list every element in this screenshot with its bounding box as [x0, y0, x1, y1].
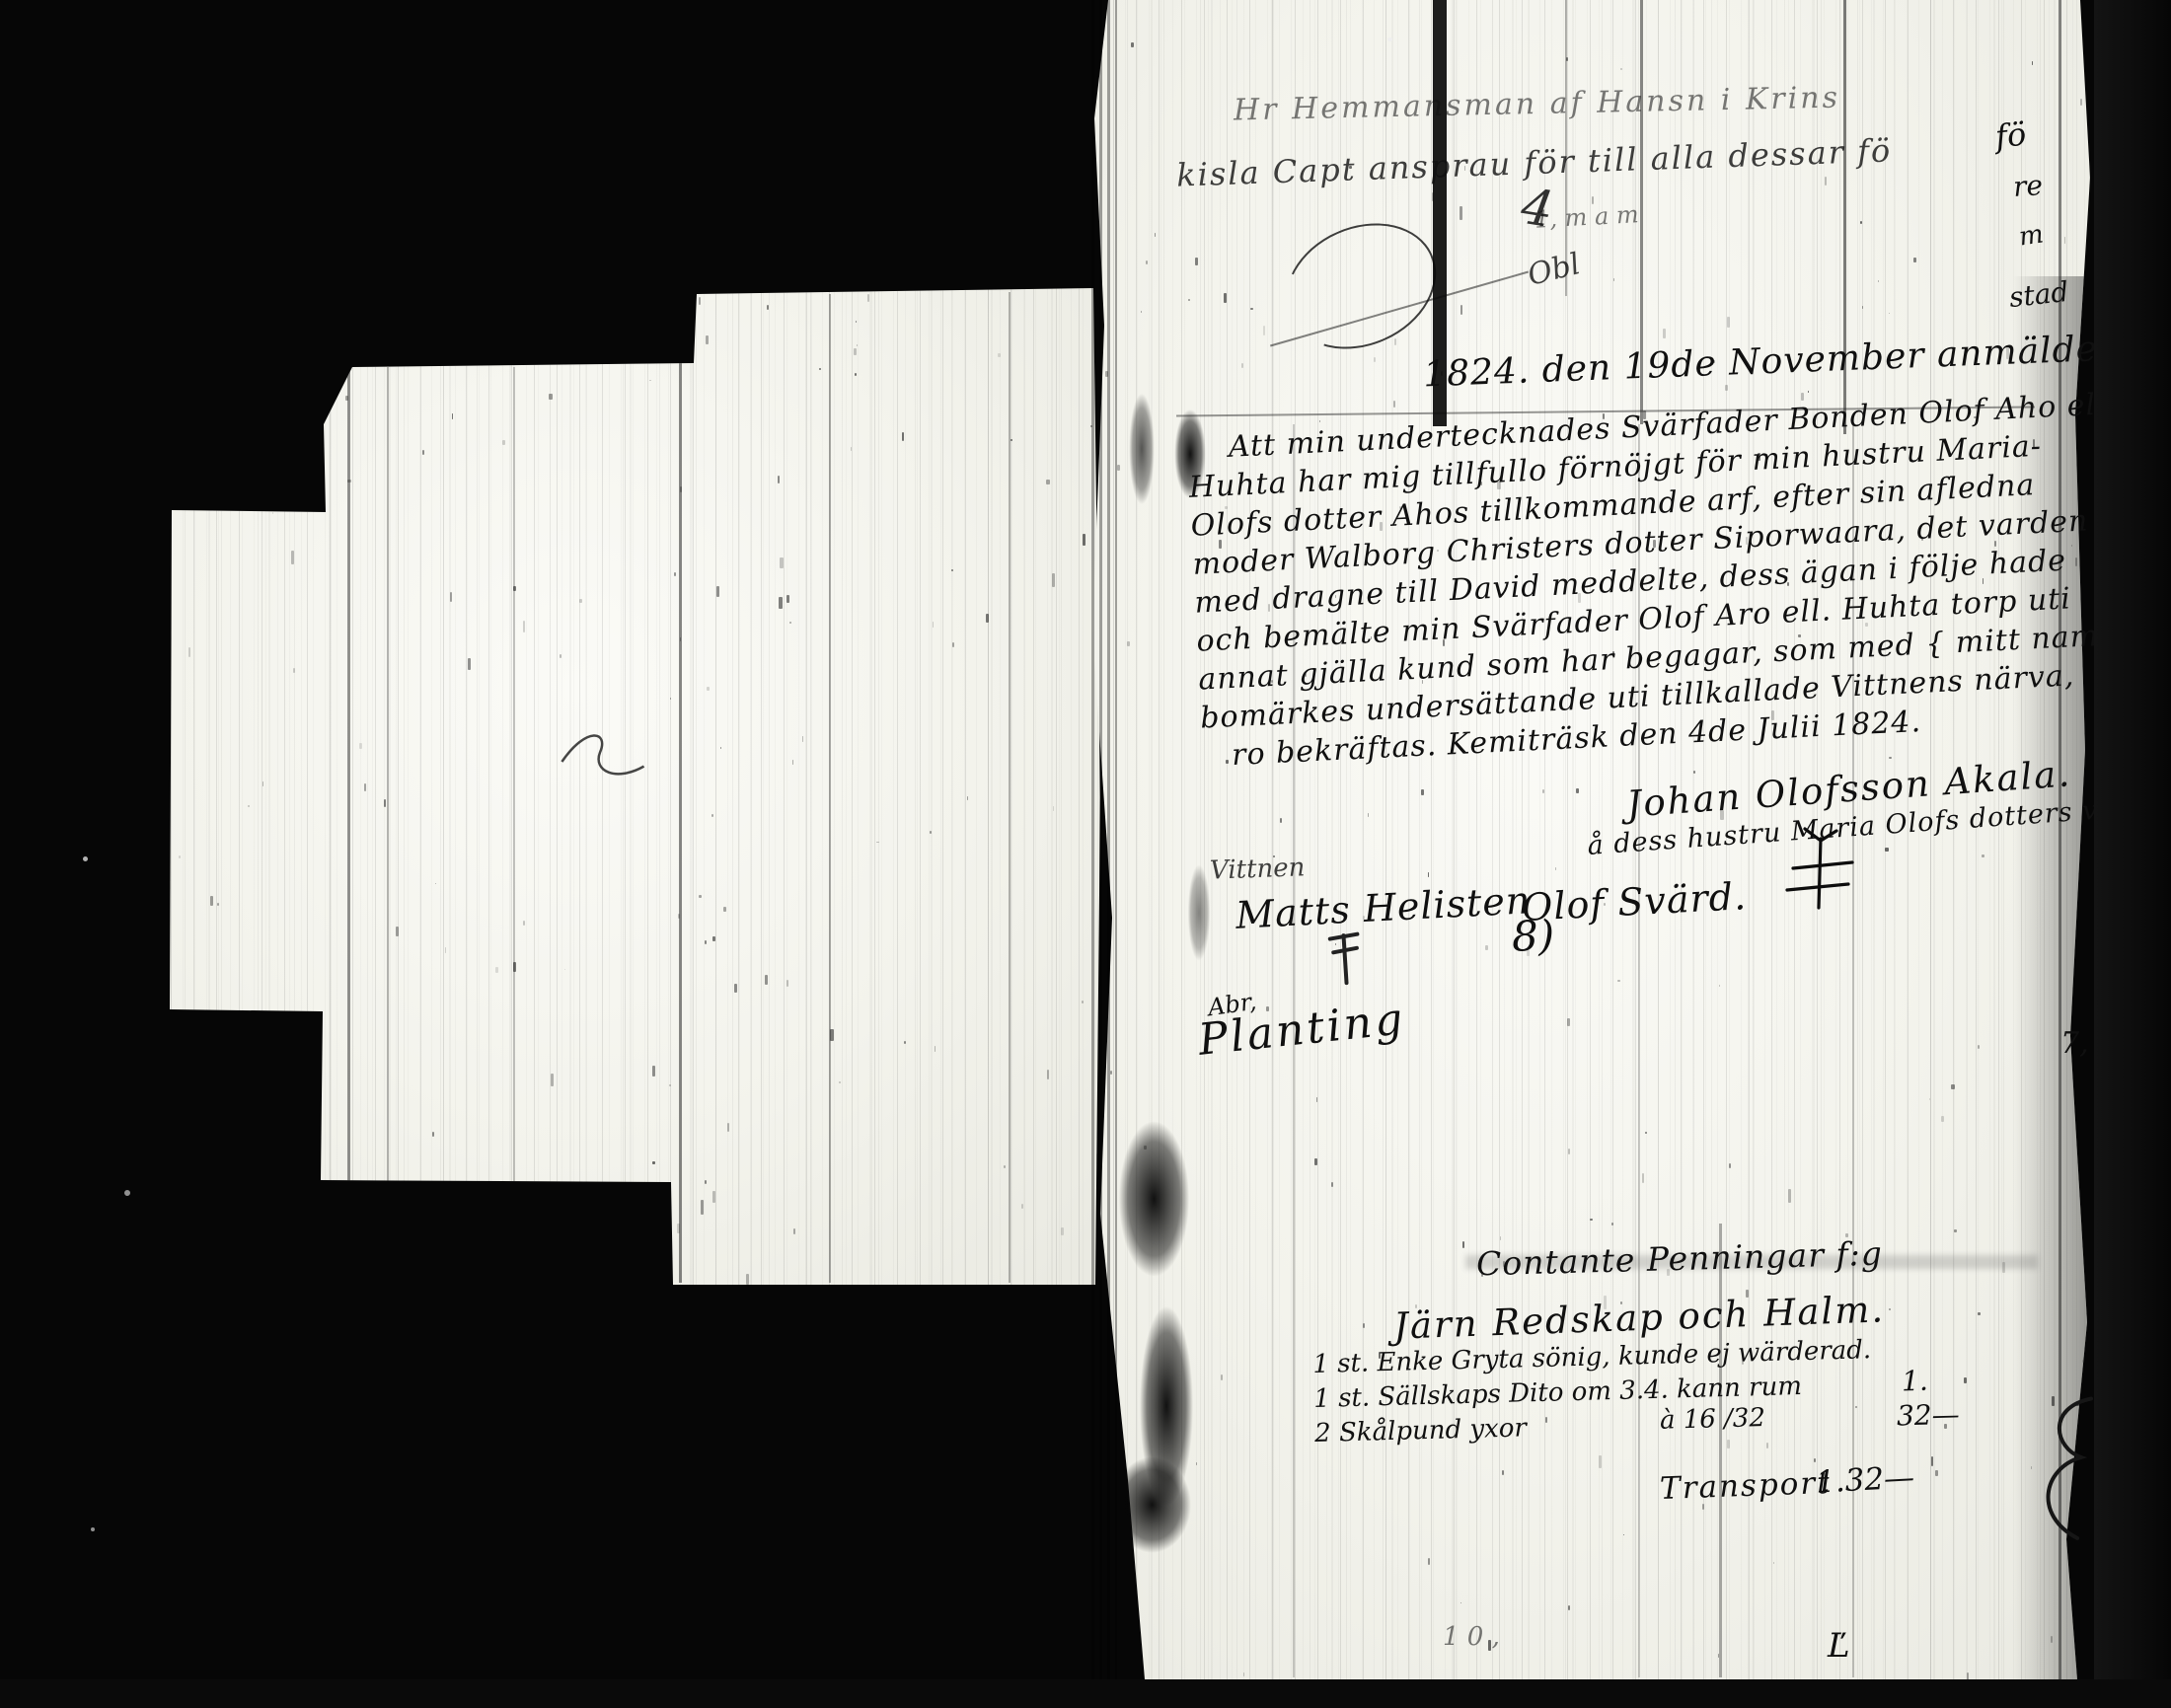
film-grain-speck: [1931, 1456, 1934, 1466]
film-grain-speck: [1620, 68, 1622, 70]
film-grain-speck: [2082, 1360, 2085, 1363]
film-grain-speck: [1788, 1189, 1791, 1203]
film-grain-speck: [1485, 945, 1488, 950]
film-grain-speck: [523, 621, 526, 632]
film-grain-speck: [173, 334, 174, 335]
film-grain-speck: [1082, 1001, 1084, 1003]
film-grain-speck: [1766, 1443, 1769, 1448]
film-grain-speck: [674, 572, 675, 576]
film-grain-speck: [468, 658, 471, 670]
film-grain-speck: [1243, 1672, 1244, 1676]
film-grain-speck: [680, 637, 681, 641]
film-grain-speck: [2090, 459, 2091, 463]
edge-fragment: stad: [2007, 275, 2069, 314]
film-grain-speck: [224, 1062, 226, 1064]
film-grain-speck: [248, 805, 249, 807]
film-grain-speck: [549, 394, 552, 400]
account-item-rate: à 16 /32: [1660, 1403, 1766, 1436]
film-grain-speck: [1566, 57, 1569, 60]
film-grain-speck: [1555, 867, 1556, 871]
film-grain-speck: [1935, 1470, 1937, 1475]
right-black-margin: [2094, 0, 2171, 1708]
film-grain-speck: [345, 396, 348, 401]
transport-amount: 1.32—: [1815, 1459, 1915, 1500]
film-grain-speck: [1004, 1165, 1005, 1167]
film-grain-speck: [1280, 818, 1282, 823]
film-grain-speck: [1224, 293, 1227, 303]
film-grain-speck: [188, 647, 191, 657]
film-grain-speck: [1808, 391, 1809, 393]
film-grain-speck: [1885, 848, 1888, 852]
film-grain-speck: [677, 1224, 679, 1233]
film-grain-speck: [1502, 1470, 1503, 1475]
fold-line: [347, 365, 350, 1184]
film-grain-speck: [445, 947, 446, 952]
film-grain-speck: [786, 595, 789, 604]
film-grain-speck: [364, 783, 366, 790]
edge-fragment: 1 0 ,: [1443, 1622, 1500, 1652]
film-grain-speck: [1567, 1018, 1569, 1026]
film-grain-speck: [202, 446, 203, 448]
film-grain-speck: [1773, 1562, 1774, 1564]
film-grain-speck: [680, 486, 682, 492]
film-grain-speck: [432, 1132, 435, 1137]
film-grain-speck: [1460, 1602, 1461, 1603]
reference-mark-8: 8): [1511, 911, 1555, 960]
film-grain-speck: [2090, 257, 2093, 268]
film-grain-speck: [670, 698, 671, 700]
fold-line: [679, 296, 682, 1283]
account-item-amount: 32—: [1897, 1398, 1960, 1433]
film-grain-speck: [1141, 311, 1142, 313]
film-grain-speck: [1428, 1558, 1430, 1565]
ink-blotch: [1107, 1095, 1201, 1302]
film-grain-speck: [967, 796, 968, 800]
edge-fragment: 7,: [2060, 1026, 2089, 1061]
film-grain-speck: [1929, 1098, 1930, 1100]
fold-line: [513, 367, 515, 1281]
film-grain-speck: [1374, 357, 1375, 363]
film-grain-speck: [1613, 278, 1615, 281]
film-grain-speck: [1590, 1219, 1593, 1222]
film-grain-speck: [1316, 1097, 1317, 1101]
film-grain-speck: [513, 586, 516, 592]
film-grain-speck: [1368, 813, 1369, 817]
film-grain-speck: [998, 353, 1001, 357]
film-grain-speck: [1011, 439, 1012, 441]
film-grain-speck: [1462, 1241, 1465, 1248]
film-grain-speck: [560, 654, 561, 658]
film-grain-speck: [422, 450, 424, 455]
film-grain-speck: [1460, 305, 1462, 315]
film-grain-speck: [1195, 258, 1198, 265]
film-grain-speck: [1052, 573, 1055, 587]
film-grain-speck: [1542, 789, 1544, 793]
film-grain-speck: [1046, 480, 1049, 484]
film-grain-speck: [1319, 420, 1321, 422]
film-grain-speck: [1599, 1455, 1602, 1468]
film-grain-speck: [1611, 1223, 1613, 1225]
film-grain-speck: [930, 831, 932, 834]
ink-blotch: [1100, 1441, 1204, 1569]
film-grain-speck: [293, 498, 295, 502]
film-grain-speck: [525, 294, 527, 295]
film-grain-speck: [564, 969, 565, 970]
film-grain-speck: [767, 305, 768, 310]
film-grain-speck: [241, 505, 242, 509]
film-grain-speck: [1951, 1084, 1954, 1089]
edge-fragment: re: [2012, 169, 2044, 203]
film-grain-speck: [1941, 1116, 1944, 1121]
film-grain-speck: [1263, 326, 1265, 334]
film-grain-speck: [1047, 1070, 1049, 1079]
film-grain-speck: [706, 335, 709, 343]
film-grain-speck: [1727, 317, 1730, 327]
stray-ink-squiggle: [553, 717, 656, 803]
film-grain-speck: [1241, 363, 1243, 368]
film-grain-speck: [291, 551, 294, 563]
film-grain-speck: [2032, 61, 2033, 64]
film-grain-speck: [347, 480, 350, 483]
film-grain-speck: [935, 1046, 936, 1052]
film-grain-speck: [1878, 280, 1879, 282]
film-grain-speck: [734, 984, 737, 993]
film-grain-speck: [1083, 534, 1085, 546]
film-grain-speck: [160, 1141, 163, 1143]
film-grain-speck: [792, 760, 793, 766]
film-grain-speck: [789, 622, 791, 624]
film-grain-speck: [1250, 308, 1253, 310]
film-grain-speck: [854, 348, 857, 355]
edge-fragment: Ľ: [1828, 1626, 1850, 1666]
film-grain-speck: [1500, 1236, 1501, 1240]
witness-label: Vittnen: [1210, 853, 1306, 885]
film-grain-speck: [425, 298, 428, 312]
film-grain-speck: [1053, 806, 1054, 811]
film-grain-speck: [1693, 771, 1695, 774]
film-grain-speck: [723, 907, 726, 912]
film-grain-speck: [904, 1041, 906, 1043]
film-grain-speck: [669, 1084, 671, 1086]
film-grain-speck: [720, 747, 721, 749]
film-grain-speck: [986, 614, 989, 623]
film-grain-speck: [830, 1029, 833, 1041]
film-grain-speck: [1978, 1045, 1980, 1049]
film-grain-speck: [1860, 221, 1862, 223]
film-grain-speck: [778, 476, 780, 483]
film-grain-speck: [1719, 985, 1720, 987]
ink-blotch: [1125, 375, 1159, 523]
spine-shadow: [1091, 0, 1117, 1679]
film-grain-speck: [933, 622, 935, 628]
film-grain-speck: [649, 380, 651, 381]
account-item-amount: 1.: [1902, 1365, 1929, 1398]
film-grain-speck: [727, 1123, 730, 1132]
film-grain-speck: [2080, 99, 2082, 106]
film-grain-speck: [450, 592, 452, 603]
film-grain-speck: [272, 512, 273, 513]
film-grain-speck: [952, 642, 954, 647]
film-grain-speck: [699, 895, 701, 898]
film-dust: [91, 1527, 95, 1531]
film-grain-speck: [2064, 237, 2066, 244]
fold-line: [387, 367, 389, 1184]
film-grain-speck: [765, 975, 767, 985]
film-dust: [1387, 37, 1392, 41]
film-grain-speck: [1663, 329, 1666, 337]
film-grain-speck: [1568, 1149, 1570, 1154]
film-grain-speck: [323, 506, 324, 510]
fold-line: [829, 294, 831, 1283]
film-grain-speck: [2091, 765, 2092, 766]
account-item-text: 2 Skålpund yxor: [1314, 1413, 1527, 1448]
film-grain-speck: [1460, 206, 1462, 219]
film-grain-speck: [1117, 465, 1120, 471]
film-grain-speck: [359, 743, 362, 749]
film-grain-speck: [495, 967, 498, 973]
film-grain-speck: [1363, 1323, 1365, 1327]
film-grain-speck: [551, 1074, 554, 1086]
edge-fragment: fö: [1993, 114, 2028, 155]
film-grain-speck: [793, 1228, 795, 1234]
film-grain-speck: [1314, 1158, 1317, 1165]
film-grain-speck: [523, 921, 526, 925]
film-dust: [124, 1190, 130, 1196]
film-grain-speck: [1155, 233, 1156, 237]
film-grain-speck: [1814, 1458, 1816, 1462]
film-grain-speck: [707, 687, 709, 691]
film-grain-speck: [652, 1161, 655, 1164]
bottom-black-band: [0, 1679, 2171, 1708]
film-grain-speck: [1617, 980, 1620, 982]
film-grain-speck: [513, 962, 516, 972]
film-grain-speck: [1146, 260, 1148, 264]
film-grain-speck: [711, 814, 713, 818]
film-grain-speck: [2002, 1262, 2005, 1272]
film-grain-speck: [1623, 1534, 1624, 1535]
film-grain-speck: [802, 736, 803, 742]
film-grain-speck: [1576, 788, 1579, 793]
film-grain-speck: [579, 599, 582, 603]
film-grain-speck: [701, 1200, 704, 1214]
film-grain-speck: [1428, 872, 1429, 877]
microfilm-scan-viewport: Hr Hemmansman af Hansn i Krins kisla Cap…: [0, 0, 2171, 1708]
film-grain-speck: [452, 413, 454, 419]
film-grain-speck: [712, 936, 715, 941]
film-grain-speck: [1331, 1182, 1332, 1187]
film-grain-speck: [1127, 641, 1130, 646]
film-grain-speck: [779, 597, 782, 609]
film-grain-speck: [951, 569, 953, 571]
film-grain-speck: [1964, 1377, 1967, 1383]
film-dust: [83, 856, 88, 861]
film-grain-speck: [712, 1191, 715, 1204]
film-grain-speck: [699, 297, 701, 305]
film-grain-speck: [819, 368, 822, 370]
film-grain-speck: [856, 321, 858, 323]
film-grain-speck: [736, 284, 738, 290]
film-grain-speck: [1645, 1132, 1647, 1134]
film-grain-speck: [210, 896, 213, 906]
film-grain-speck: [855, 373, 856, 376]
film-grain-speck: [1188, 299, 1190, 301]
film-grain-speck: [876, 842, 879, 844]
film-grain-speck: [746, 1274, 749, 1286]
film-grain-speck: [293, 668, 295, 672]
film-grain-speck: [483, 1287, 484, 1289]
fold-line: [1719, 1224, 1722, 1677]
film-grain-speck: [1889, 313, 1890, 314]
film-grain-speck: [1642, 1173, 1644, 1183]
film-grain-speck: [2051, 1636, 2053, 1643]
film-grain-speck: [1421, 789, 1424, 795]
left-page: [148, 284, 1100, 1293]
film-grain-speck: [1889, 1308, 1891, 1310]
film-grain-speck: [1221, 1374, 1223, 1380]
film-grain-speck: [1978, 1312, 1981, 1315]
film-grain-speck: [502, 440, 505, 445]
film-grain-speck: [902, 432, 904, 441]
film-grain-speck: [1862, 306, 1863, 309]
edge-fragment: m: [2017, 219, 2046, 252]
film-grain-speck: [338, 1218, 341, 1226]
film-grain-speck: [1131, 42, 1134, 46]
film-grain-speck: [705, 1180, 707, 1184]
film-grain-speck: [1568, 1605, 1570, 1610]
film-grain-speck: [396, 927, 398, 936]
film-grain-speck: [177, 357, 180, 369]
film-grain-speck: [435, 883, 436, 884]
film-grain-speck: [1021, 1204, 1023, 1209]
film-grain-speck: [1889, 757, 1891, 758]
bomarke-cross: [1771, 825, 1870, 914]
film-grain-speck: [251, 1135, 253, 1144]
film-grain-speck: [786, 980, 788, 987]
film-grain-speck: [678, 914, 680, 919]
film-grain-speck: [1954, 1229, 1956, 1232]
film-grain-speck: [384, 799, 386, 807]
film-grain-speck: [217, 903, 219, 905]
film-grain-speck: [839, 1081, 841, 1083]
film-grain-speck: [1982, 854, 1984, 857]
film-grain-speck: [1729, 1163, 1731, 1168]
film-grain-speck: [851, 447, 852, 451]
paragraph-mark: [1323, 929, 1369, 989]
film-grain-speck: [716, 586, 718, 597]
letter-body: Att min undertecknades Svärfader Bonden …: [1186, 387, 2090, 777]
film-grain-speck: [1394, 338, 1396, 345]
film-grain-speck: [867, 294, 869, 302]
film-grain-speck: [1825, 177, 1827, 185]
film-grain-speck: [176, 1220, 179, 1229]
film-grain-speck: [179, 855, 180, 858]
film-grain-speck: [652, 1066, 655, 1077]
accounts-items: 1 st. Enke Gryta sönig, kunde ej wärdera…: [1312, 1333, 1947, 1453]
film-grain-speck: [195, 421, 198, 431]
film-grain-speck: [857, 344, 858, 346]
film-grain-speck: [262, 781, 263, 786]
film-grain-speck: [705, 940, 706, 944]
transport-label: Transport: [1659, 1465, 1832, 1507]
film-grain-speck: [1393, 401, 1395, 407]
film-grain-speck: [303, 507, 304, 511]
film-grain-speck: [1061, 1227, 1064, 1236]
film-grain-speck: [1725, 385, 1727, 391]
film-grain-speck: [309, 1248, 312, 1257]
film-grain-speck: [1913, 258, 1916, 262]
film-grain-speck: [780, 557, 783, 568]
